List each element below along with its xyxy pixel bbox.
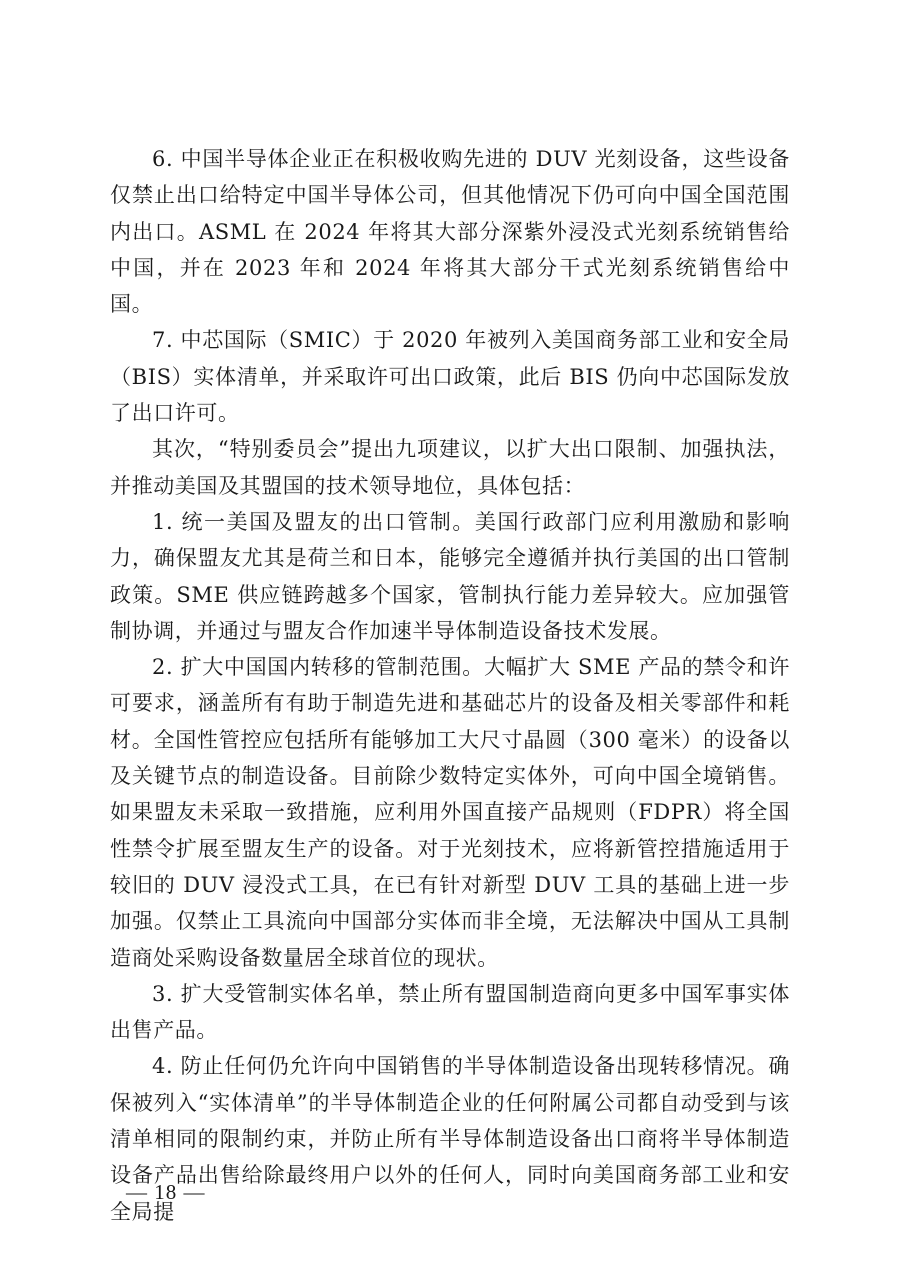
- page-number: — 18 —: [126, 1180, 206, 1205]
- paragraph-recommendation-3: 3. 扩大受管制实体名单，禁止所有盟国制造商向更多中国军事实体出售产品。: [110, 976, 790, 1049]
- paragraph-recommendation-1: 1. 统一美国及盟友的出口管制。美国行政部门应利用激励和影响力，确保盟友尤其是荷…: [110, 504, 790, 649]
- document-body: 6. 中国半导体企业正在积极收购先进的 DUV 光刻设备，这些设备仅禁止出口给特…: [110, 141, 790, 1230]
- paragraph-recommendation-4: 4. 防止任何仍允许向中国销售的半导体制造设备出现转移情况。确保被列入“实体清单…: [110, 1048, 790, 1229]
- paragraph-recommendation-2: 2. 扩大中国国内转移的管制范围。大幅扩大 SME 产品的禁令和许可要求，涵盖所…: [110, 649, 790, 976]
- paragraph-item-6: 6. 中国半导体企业正在积极收购先进的 DUV 光刻设备，这些设备仅禁止出口给特…: [110, 141, 790, 322]
- paragraph-recommendations-intro: 其次，“特别委员会”提出九项建议，以扩大出口限制、加强执法，并推动美国及其盟国的…: [110, 431, 790, 504]
- paragraph-item-7: 7. 中芯国际（SMIC）于 2020 年被列入美国商务部工业和安全局（BIS）…: [110, 322, 790, 431]
